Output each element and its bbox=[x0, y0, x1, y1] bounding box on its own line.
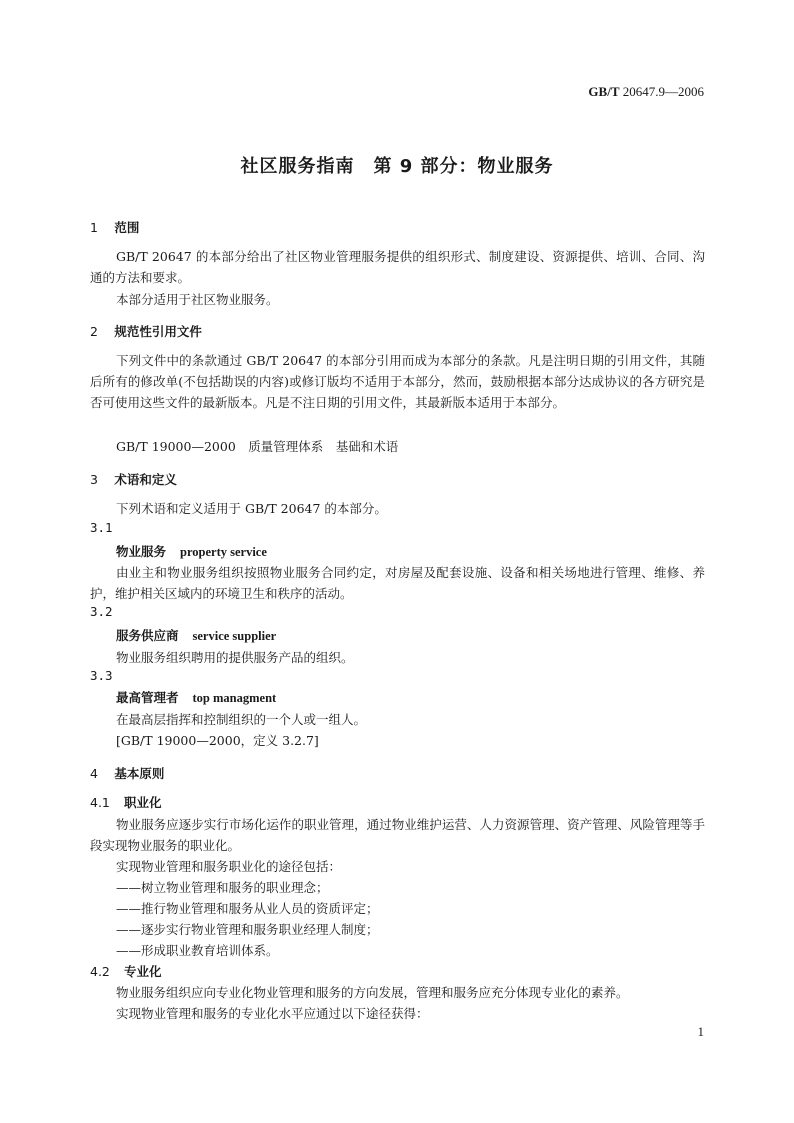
section-4-heading: 4 基本原则 bbox=[90, 764, 164, 782]
term-definition: 由业主和物业服务组织按照物业服务合同约定，对房屋及配套设施、设备和相关场地进行管… bbox=[90, 562, 705, 604]
term-definition: 物业服务组织聘用的提供服务产品的组织。 bbox=[116, 648, 354, 666]
standard-code: 20647.9—2006 bbox=[623, 84, 704, 99]
section-title: 基本原则 bbox=[114, 766, 164, 781]
section-1-paragraph: GB/T 20647 的本部分给出了社区物业管理服务提供的组织形式、制度建设、资… bbox=[90, 246, 705, 288]
standard-prefix: GB/T bbox=[588, 84, 619, 99]
section-title: 范围 bbox=[114, 220, 139, 235]
subsection-title: 专业化 bbox=[124, 964, 162, 979]
subsection-title: 职业化 bbox=[124, 795, 162, 810]
section-number: 2 bbox=[90, 324, 110, 339]
term-zh: 服务供应商 bbox=[116, 628, 179, 643]
section-2-paragraph: 下列文件中的条款通过 GB/T 20647 的本部分引用而成为本部分的条款。凡是… bbox=[90, 350, 705, 413]
subsection-4-1-paragraph: 物业服务应逐步实行市场化运作的职业管理，通过物业维护运营、人力资源管理、资产管理… bbox=[90, 814, 705, 856]
section-number: 1 bbox=[90, 220, 110, 235]
term-number: 3.3 bbox=[90, 668, 113, 683]
term-heading: 最高管理者top managment bbox=[116, 688, 276, 706]
subsection-4-1-intro: 实现物业管理和服务职业化的途径包括： bbox=[116, 857, 341, 875]
list-item: ——逐步实行物业管理和服务职业经理人制度； bbox=[116, 920, 379, 938]
term-number: 3.2 bbox=[90, 604, 113, 619]
section-3-intro: 下列术语和定义适用于 GB/T 20647 的本部分。 bbox=[116, 499, 387, 517]
section-2-heading: 2 规范性引用文件 bbox=[90, 322, 202, 340]
list-item: ——形成职业教育培训体系。 bbox=[116, 941, 279, 959]
section-number: 3 bbox=[90, 472, 110, 487]
term-heading: 物业服务property service bbox=[116, 542, 267, 560]
section-1-heading: 1 范围 bbox=[90, 218, 139, 236]
section-number: 4 bbox=[90, 766, 110, 781]
section-3-heading: 3 术语和定义 bbox=[90, 470, 177, 488]
subsection-number: 4.1 bbox=[90, 795, 120, 810]
term-heading: 服务供应商service supplier bbox=[116, 626, 276, 644]
term-en: top managment bbox=[193, 691, 277, 705]
section-title: 术语和定义 bbox=[114, 472, 177, 487]
list-item: ——树立物业管理和服务的职业理念； bbox=[116, 878, 329, 896]
page-title: 社区服务指南 第 9 部分：物业服务 bbox=[0, 152, 794, 178]
term-en: service supplier bbox=[193, 629, 277, 643]
term-number: 3.1 bbox=[90, 520, 113, 535]
term-zh: 最高管理者 bbox=[116, 690, 179, 705]
section-title: 规范性引用文件 bbox=[114, 324, 202, 339]
term-en: property service bbox=[180, 545, 267, 559]
term-source: [GB/T 19000—2000，定义 3.2.7] bbox=[116, 731, 319, 749]
normative-reference: GB/T 19000—2000 质量管理体系 基础和术语 bbox=[116, 437, 398, 455]
page-number: 1 bbox=[698, 1024, 705, 1040]
subsection-number: 4.2 bbox=[90, 964, 120, 979]
list-item: ——推行物业管理和服务从业人员的资质评定； bbox=[116, 899, 379, 917]
standard-number: GB/T 20647.9—2006 bbox=[588, 84, 704, 100]
subsection-4-2-intro: 实现物业管理和服务的专业化水平应通过以下途径获得： bbox=[116, 1004, 429, 1022]
subsection-4-2-paragraph: 物业服务组织应向专业化物业管理和服务的方向发展，管理和服务应充分体现专业化的素养… bbox=[116, 983, 629, 1001]
term-zh: 物业服务 bbox=[116, 544, 166, 559]
section-1-applicability: 本部分适用于社区物业服务。 bbox=[116, 290, 279, 308]
subsection-4-2-heading: 4.2 专业化 bbox=[90, 962, 162, 980]
term-definition: 在最高层指挥和控制组织的一个人或一组人。 bbox=[116, 710, 366, 728]
subsection-4-1-heading: 4.1 职业化 bbox=[90, 793, 162, 811]
